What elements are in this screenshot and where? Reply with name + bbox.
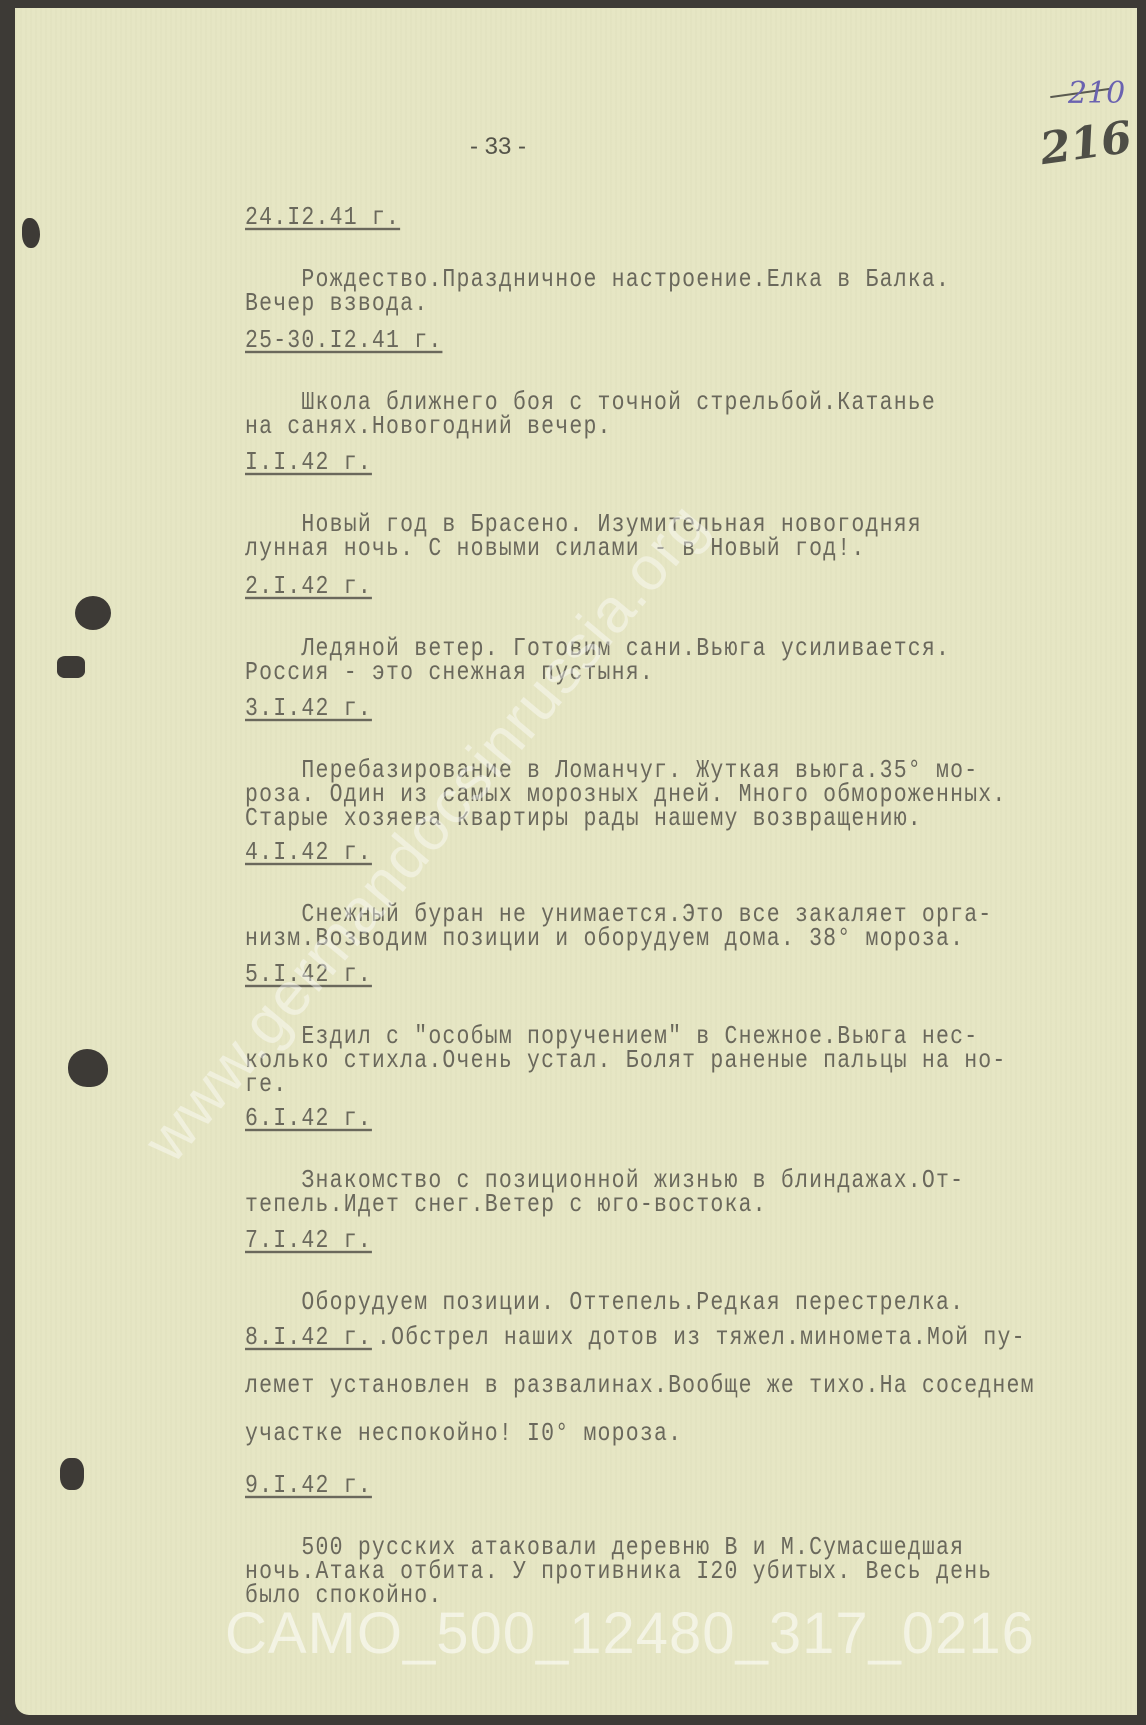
entry-date: 9.I.42 г. [245,1473,372,1499]
punch-hole [57,656,85,678]
entry-line: колько стихла.Очень устал. Болят раненые… [245,1048,1007,1074]
folio-number-old: 210 [1068,76,1125,111]
page-number: - 33 - [470,133,526,161]
punch-hole [75,596,111,630]
entry-date: 24.I2.41 г. [245,205,400,231]
entry-line: Оборудуем позиции. Оттепель.Редкая перес… [245,1290,964,1316]
punch-hole [60,1458,84,1490]
entry-line: на санях.Новогодний вечер. [245,414,612,440]
entry-date: 2.I.42 г. [245,574,372,600]
punch-hole [68,1049,108,1087]
punch-hole [22,218,40,248]
entry-date: 7.I.42 г. [245,1228,372,1254]
entry-date: 25-30.I2.41 г. [245,328,442,354]
entry-date: 3.I.42 г. [245,696,372,722]
entry-date: 6.I.42 г. [245,1106,372,1132]
entry-date: I.I.42 г. [245,450,372,476]
watermark-archive-id: CAMO_500_12480_317_0216 [225,1600,1035,1667]
document-page [15,8,1137,1715]
entry-line: лемет установлен в развалинах.Вообще же … [245,1373,1035,1399]
entry-line: участке неспокойно! I0° мороза. [245,1421,682,1447]
entry-line: лунная ночь. С новыми силами - в Новый г… [245,536,866,562]
entry-line: Старые хозяева квартиры рады нашему возв… [245,806,922,832]
entry-inline-text: .Обстрел наших дотов из тяжел.миномета.М… [377,1325,1026,1351]
entry-line: Вечер взвода. [245,291,428,317]
entry-date: 8.I.42 г. [245,1325,372,1351]
entry-line: тепель.Идет снег.Ветер с юго-востока. [245,1192,767,1218]
